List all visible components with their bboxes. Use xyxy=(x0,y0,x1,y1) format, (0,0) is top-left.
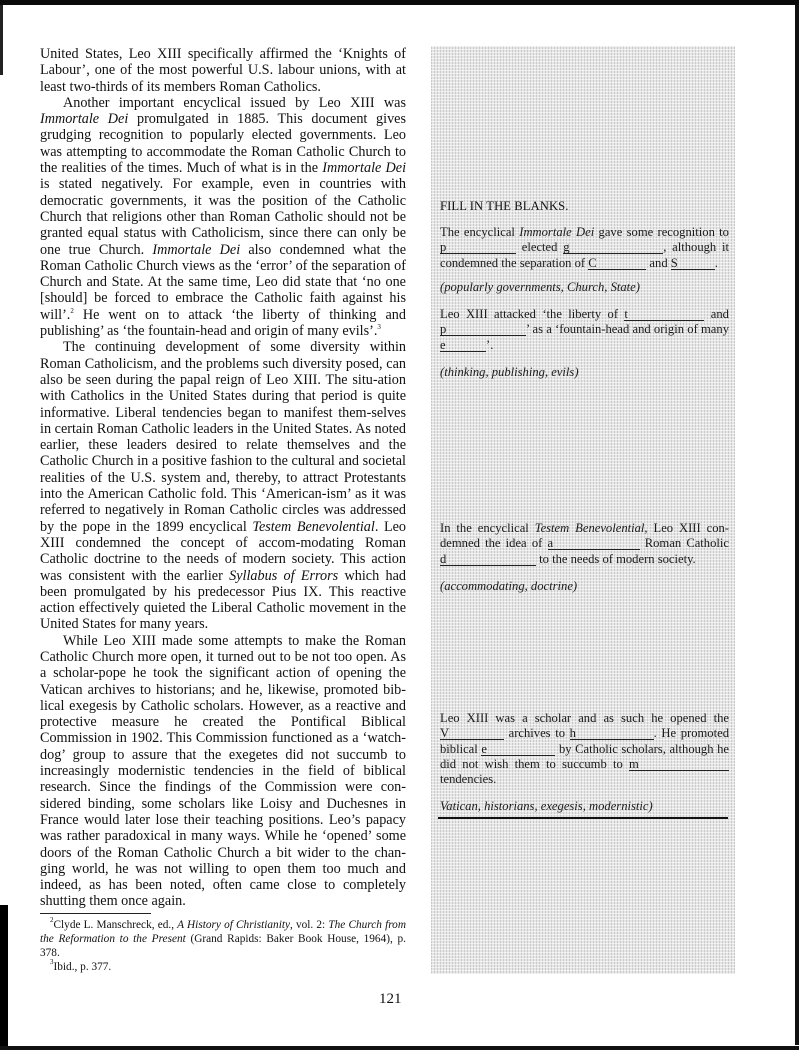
body-text-column: United States, Leo XIII specifically aff… xyxy=(40,46,406,910)
blank-thinking[interactable]: t xyxy=(624,308,704,321)
scan-border-bottom xyxy=(0,1046,799,1050)
exercise-divider xyxy=(438,817,728,819)
question-testem-benevolential: In the encyclical Testem Benevolential, … xyxy=(440,521,729,594)
blank-popularly[interactable]: p xyxy=(440,241,516,254)
hint-answers: Vatican, historians, exegesis, modernist… xyxy=(440,799,729,814)
footnote-divider xyxy=(40,913,151,914)
question-liberty-of-thinking: Leo XIII attacked ‘the liberty of t and … xyxy=(440,307,729,380)
blank-state[interactable]: S xyxy=(671,257,715,270)
footnote-3: 3Ibid., p. 377. xyxy=(40,960,406,974)
blank-church[interactable]: C xyxy=(588,257,646,270)
blank-vatican[interactable]: V xyxy=(440,727,504,740)
page-number: 121 xyxy=(379,991,402,1008)
paragraph-scholar-pope: While Leo XIII made some attempts to mak… xyxy=(40,633,406,910)
hint-answers: (thinking, publishing, evils) xyxy=(440,365,729,380)
hint-answers: (popularly governments, Church, State) xyxy=(440,280,729,295)
blank-exegesis[interactable]: e xyxy=(481,743,555,756)
scan-border-left-lower xyxy=(0,905,10,1050)
hint-answers: (accommodating, doctrine) xyxy=(440,579,729,594)
question-immortale-dei: The encyclical Immortale Dei gave some r… xyxy=(440,225,729,295)
fill-in-the-blanks-box: FILL IN THE BLANKS. The encyclical Immor… xyxy=(431,46,735,974)
scan-border-top xyxy=(0,0,799,5)
blank-accommodating[interactable]: a xyxy=(548,537,640,550)
blank-evils[interactable]: e xyxy=(440,339,486,352)
scan-border-right xyxy=(795,5,799,1045)
scan-border-left xyxy=(0,5,3,75)
paragraph-knights-of-labour: United States, Leo XIII specifically aff… xyxy=(40,46,406,95)
blank-governments[interactable]: g xyxy=(563,241,663,254)
paragraph-immortale-dei: Another important encyclical issued by L… xyxy=(40,95,406,339)
footnote-2: 2Clyde L. Manschreck, ed., A History of … xyxy=(40,918,406,960)
blank-modernistic[interactable]: m xyxy=(629,758,729,771)
footnotes: 2Clyde L. Manschreck, ed., A History of … xyxy=(40,918,406,974)
paragraph-americanism: The continuing development of some diver… xyxy=(40,339,406,632)
footnote-ref-3[interactable]: 3 xyxy=(377,323,381,331)
exercise-heading: FILL IN THE BLANKS. xyxy=(440,199,569,214)
blank-doctrine[interactable]: d xyxy=(440,553,536,566)
blank-historians[interactable]: h xyxy=(570,727,654,740)
question-scholar-pope: Leo XIII was a scholar and as such he op… xyxy=(440,711,729,815)
blank-publishing[interactable]: p xyxy=(440,323,526,336)
